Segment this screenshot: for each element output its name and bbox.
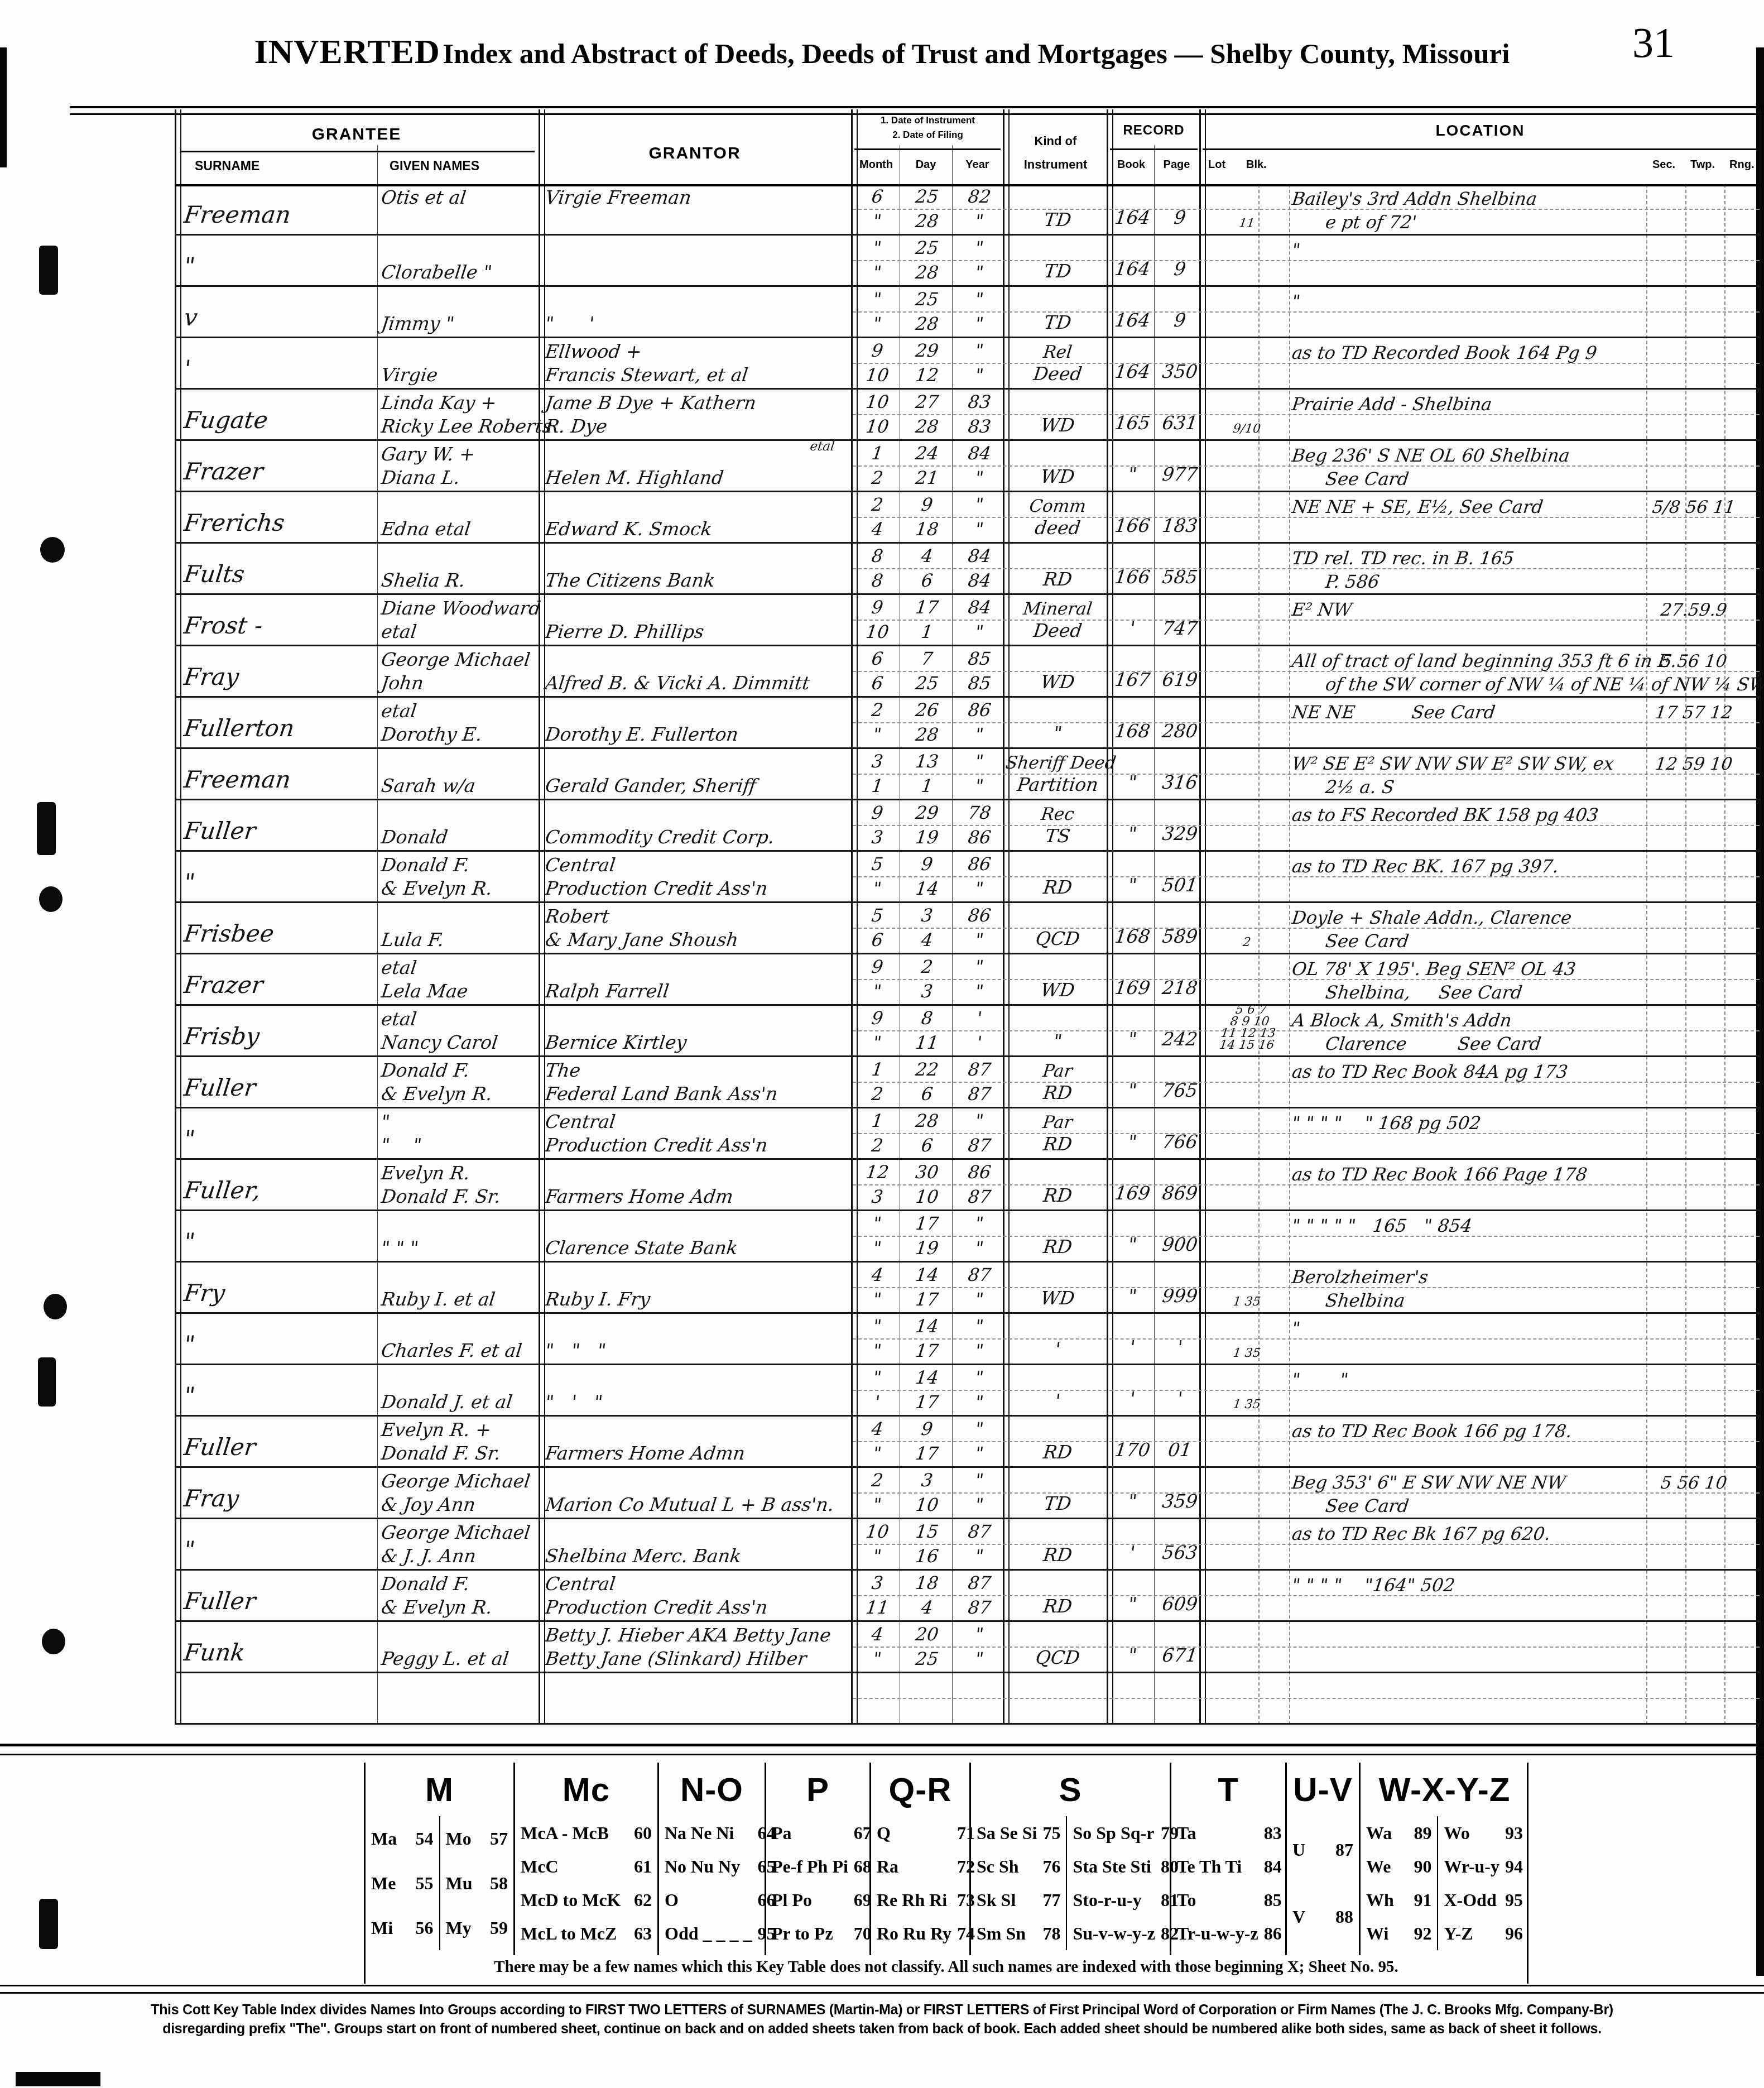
filing-year: " (952, 929, 1007, 951)
key-entry-sheet-number: 54 (416, 1828, 434, 1849)
cott-key-table: MMa54Me55Mi56Mo57Mu58My59 McMcA - McB60M… (364, 1763, 1529, 1984)
grantee-surname: Fuller (182, 1074, 257, 1101)
page-number: 31 (1632, 19, 1675, 68)
instrument-month: 2 (853, 494, 902, 515)
ledger-row: " " " " Clarence State Bank " 17 " " 19 … (175, 1211, 1761, 1263)
location-line1: E² NW (1291, 599, 1353, 620)
header-lot: Lot (1208, 159, 1225, 171)
key-group-mc: McMcA - McB60McC61McD to McK62McL to McZ… (513, 1763, 657, 1955)
filing-month: 6 (853, 929, 902, 951)
key-group-header: N-O (659, 1763, 765, 1816)
instrument-day: 15 (900, 1521, 955, 1542)
filing-year: " (952, 724, 1007, 745)
grantor-line2: Gerald Gander, Sheriff (544, 775, 757, 796)
key-entry: Me55 (371, 1873, 434, 1894)
filing-month: 2 (853, 467, 902, 488)
ledger-row: Frazer etal Lela Mae Ralph Farrell 9 2 "… (175, 954, 1761, 1006)
grantee-given-line2: & Evelyn R. (380, 1596, 493, 1618)
instrument-year: 82 (952, 186, 1007, 207)
key-entry-letters: Pl Po (772, 1890, 812, 1911)
key-entry: Wa89 (1366, 1823, 1431, 1844)
grantee-surname: " (182, 1536, 196, 1563)
key-entry-letters: X-Odd (1444, 1890, 1496, 1911)
filing-year: " (952, 981, 1007, 1002)
instrument-month: 6 (853, 648, 902, 669)
header-surname: SURNAME (195, 159, 259, 174)
filing-month: 3 (853, 827, 902, 848)
location-lot: 11 (1204, 218, 1290, 229)
instrument-month: 9 (853, 802, 902, 823)
kind-of-instrument-line1: Comm (1004, 496, 1111, 516)
key-entry-letters: Su-v-w-y-z (1073, 1923, 1155, 1944)
ledger-row: Fuller, Evelyn R. Donald F. Sr. Farmers … (175, 1160, 1761, 1211)
filing-year: " (952, 1391, 1007, 1413)
key-subcolumn: Wo93Wr-u-y94X-Odd95Y-Z96 (1437, 1816, 1529, 1950)
filing-year: " (952, 1648, 1007, 1669)
grantee-surname: " (182, 868, 196, 896)
header-grantee: GRANTEE (175, 125, 539, 144)
key-entry-sheet-number: 58 (490, 1873, 508, 1894)
key-group-t: TTa83Te Th Ti84To85Tr-u-w-y-z86 (1170, 1763, 1285, 1955)
kind-of-instrument-line2: RD (1004, 568, 1111, 590)
location-line2: Shelbina, See Card (1324, 982, 1523, 1003)
grantee-given-line2: Nancy Carol (380, 1031, 499, 1053)
filing-day: 14 (900, 878, 955, 899)
key-entry-letters: Sm Sn (977, 1923, 1026, 1944)
key-entry-sheet-number: 86 (1264, 1923, 1282, 1944)
title-inverted-label: INVERTED (254, 33, 440, 71)
key-entry: McD to McK62 (521, 1890, 652, 1911)
filing-day: 25 (900, 1648, 955, 1669)
filing-year: " (952, 775, 1007, 796)
filing-month: " (853, 1237, 902, 1259)
filing-day: 28 (900, 210, 955, 232)
grantee-surname: Fuller, (182, 1177, 262, 1204)
grantee-surname: Fray (182, 1485, 241, 1512)
ledger-row: Frisby etal Nancy Carol Bernice Kirtley … (175, 1006, 1761, 1057)
filing-month: 6 (853, 673, 902, 694)
instrument-month: 8 (853, 545, 902, 567)
key-subcolumn: Mo57Mu58My59 (439, 1816, 514, 1950)
instrument-day: 7 (900, 648, 955, 669)
kind-of-instrument-line1: Sheriff Deed (1004, 753, 1111, 773)
key-entry: Ma54 (371, 1828, 434, 1849)
kind-of-instrument-line2: RD (1004, 1441, 1111, 1463)
key-entry: Wh91 (1366, 1890, 1431, 1911)
key-group-header: T (1171, 1763, 1285, 1816)
instrument-month: " (853, 1367, 902, 1388)
location-line1: TD rel. TD rec. in B. 165 (1291, 548, 1515, 569)
instrument-year: " (952, 1213, 1007, 1234)
key-entry: No Nu Ny65 (665, 1856, 775, 1877)
filing-month: 11 (853, 1597, 902, 1618)
record-page: 183 (1154, 515, 1206, 536)
grantor-line2: Farmers Home Admn (544, 1442, 746, 1464)
ledger-row: Fults Shelia R. The Citizens Bank 8 4 84… (175, 544, 1761, 595)
key-entry-letters: Pr to Pz (772, 1923, 833, 1944)
location-line1: W² SE E² SW NW SW E² SW SW, ex (1291, 753, 1615, 774)
sec-twp-rng: 5/8 56 11 (1626, 497, 1762, 517)
grantor-line1: Betty J. Hieber AKA Betty Jane (544, 1624, 832, 1646)
key-group-m: MMa54Me55Mi56Mo57Mu58My59 (366, 1763, 513, 1955)
instrument-day: 30 (900, 1161, 955, 1183)
header-blk: Blk. (1246, 159, 1267, 171)
instrument-day: 25 (900, 186, 955, 207)
filing-day: 6 (900, 1135, 955, 1156)
filing-month: " (853, 1289, 902, 1310)
instrument-year: 86 (952, 699, 1007, 721)
grantor-line2: " " " (544, 1340, 607, 1361)
key-entry-letters: Sa Se Si (977, 1823, 1037, 1844)
key-entry-sheet-number: 96 (1505, 1923, 1523, 1944)
key-entry: Su-v-w-y-z82 (1073, 1923, 1179, 1944)
key-group-u-v: U-VU87V88 (1285, 1763, 1359, 1955)
grantor-line2: Alfred B. & Vicki A. Dimmitt (544, 672, 811, 694)
grantee-surname: " (182, 1382, 196, 1409)
grantee-surname: Fuller (182, 1433, 257, 1461)
location-line1: " (1291, 1318, 1301, 1339)
kind-of-instrument-line2: Deed (1004, 620, 1111, 641)
binder-hole (40, 537, 65, 563)
filing-month: " (853, 878, 902, 899)
binder-hole (44, 1294, 67, 1319)
binder-hole (39, 1899, 58, 1949)
key-entry-letters: Ra (877, 1856, 898, 1877)
header-location: LOCATION (1201, 122, 1760, 140)
grantor-line2: The Citizens Bank (544, 569, 716, 591)
grantee-given-line2: Donald F. Sr. (380, 1185, 502, 1207)
location-line1: Beg 236' S NE OL 60 Shelbina (1291, 445, 1571, 466)
ledger-row: " George Michael & J. J. Ann Shelbina Me… (175, 1519, 1761, 1571)
key-entry: Pa67 (772, 1823, 872, 1844)
header-kind-of: Kind of (1004, 134, 1107, 148)
record-book: 169 (1108, 1182, 1157, 1204)
filing-day: 12 (900, 364, 955, 386)
sec-twp-rng: 27.59.9 (1626, 600, 1762, 620)
key-entry-sheet-number: 85 (1264, 1890, 1282, 1911)
header-sec: Sec. (1652, 159, 1675, 171)
key-entry-letters: Re Rh Ri (877, 1890, 947, 1911)
record-page: 999 (1154, 1285, 1206, 1307)
location-line1: " (1291, 239, 1301, 261)
key-entry: Wo93 (1444, 1823, 1523, 1844)
filing-month: " (853, 210, 902, 232)
grantee-surname: Frazer (182, 458, 265, 485)
ledger-row: Freeman Sarah w/a Gerald Gander, Sheriff… (175, 749, 1761, 800)
location-lot: 5 6 7 8 9 10 11 12 13 14 15 16 (1204, 1004, 1294, 1051)
filing-year: 87 (952, 1597, 1007, 1618)
key-entry-letters: Na Ne Ni (665, 1823, 734, 1844)
key-entry-letters: Y-Z (1444, 1923, 1473, 1944)
sec-twp-rng: 5 56 10 (1626, 651, 1762, 671)
grantee-given-line1: George Michael (380, 1470, 531, 1492)
location-line2: Shelbina (1324, 1290, 1406, 1311)
filing-year: " (952, 1494, 1007, 1515)
grantee-given-line2: & J. J. Ann (380, 1545, 477, 1567)
key-entry-sheet-number: 78 (1042, 1923, 1060, 1944)
instrument-day: 2 (900, 956, 955, 977)
scanned-ledger-page: INVERTED Index and Abstract of Deeds, De… (0, 0, 1764, 2088)
grantee-surname: Fry (182, 1279, 227, 1307)
key-entry-letters: Sta Ste Sti (1073, 1856, 1151, 1877)
key-subcolumn: Na Ne Ni64No Nu Ny65O66Odd _ _ _ _95 (659, 1816, 781, 1950)
record-page: 977 (1154, 463, 1206, 485)
filing-day: 1 (900, 775, 955, 796)
instrument-year: " (952, 1316, 1007, 1337)
key-subcolumn: Pa67Pe-f Ph Pi68Pl Po69Pr to Pz70 (766, 1816, 877, 1950)
ledger-row: Funk Peggy L. et al Betty J. Hieber AKA … (175, 1622, 1761, 1673)
key-entry: Q71 (877, 1823, 975, 1844)
filing-day: 3 (900, 981, 955, 1002)
location-line1: " " " " " 165 " 854 (1291, 1215, 1473, 1236)
filing-day: 18 (900, 519, 955, 540)
instrument-year: ' (952, 1007, 1007, 1029)
grantee-surname: Fuller (182, 1587, 257, 1615)
record-page: 869 (1154, 1182, 1206, 1204)
grantee-given-line2: & Evelyn R. (380, 877, 493, 899)
key-entry-letters: U (1292, 1840, 1305, 1860)
header-date-of-instrument: 1. Date of Instrument (853, 115, 1003, 126)
filing-month: 4 (853, 519, 902, 540)
filing-day: 28 (900, 416, 955, 437)
grantor-line2: Pierre D. Phillips (544, 621, 705, 642)
ledger-row: Fugate Linda Kay + Ricky Lee Roberts Jam… (175, 390, 1761, 441)
location-line1: as to TD Rec Book 166 pg 178. (1291, 1420, 1573, 1442)
kind-of-instrument-line2: RD (1004, 1544, 1111, 1566)
kind-of-instrument-line1: Par (1004, 1061, 1111, 1081)
filing-day: 19 (900, 1237, 955, 1259)
key-entry-letters: McL to McZ (521, 1923, 617, 1944)
instrument-month: 10 (853, 391, 902, 412)
instrument-month: 4 (853, 1624, 902, 1645)
key-entry: McA - McB60 (521, 1823, 652, 1844)
grantee-given-line1: Diane Woodward (380, 597, 542, 619)
record-page: 609 (1154, 1593, 1206, 1615)
grantee-given-line1: Evelyn R. + (380, 1419, 492, 1441)
instrument-year: 87 (952, 1264, 1007, 1285)
record-book: 165 (1108, 412, 1157, 434)
grantee-given-line2: Diana L. (380, 467, 461, 488)
filing-day: 19 (900, 827, 955, 848)
ledger-row: Fuller Donald F. & Evelyn R. Central Pro… (175, 1571, 1761, 1622)
record-page: 329 (1154, 823, 1206, 844)
instrument-month: 9 (853, 597, 902, 618)
record-book: ' (1108, 1542, 1157, 1563)
location-line2: e pt of 72' (1324, 212, 1418, 233)
location-line2: See Card (1324, 1495, 1410, 1516)
grantee-given-line2: & Joy Ann (380, 1494, 477, 1515)
key-entry-letters: Ta (1177, 1823, 1196, 1844)
instrument-day: 9 (900, 494, 955, 515)
location-line2: See Card (1324, 468, 1410, 489)
header-grantor: GRANTOR (539, 144, 851, 163)
filing-month: " (853, 1494, 902, 1515)
record-book: ' (1108, 617, 1157, 639)
key-entry-letters: Q (877, 1823, 891, 1844)
key-entry-sheet-number: 83 (1264, 1823, 1282, 1844)
grantee-surname: Fults (182, 560, 246, 588)
key-entry: Sto-r-u-y81 (1073, 1890, 1179, 1911)
filing-year: 87 (952, 1135, 1007, 1156)
grantee-given-line2: Lula F. (380, 929, 445, 951)
instrument-day: 25 (900, 237, 955, 258)
instrument-month: 3 (853, 751, 902, 772)
filing-month: " (853, 1340, 902, 1361)
key-entry-sheet-number: 91 (1414, 1890, 1431, 1911)
record-book: 170 (1108, 1439, 1157, 1461)
key-entry-letters: Odd _ _ _ _ (665, 1923, 752, 1944)
record-page: 619 (1154, 669, 1206, 690)
kind-of-instrument-line2: TD (1004, 260, 1111, 282)
key-entry-letters: Wr-u-y (1444, 1856, 1499, 1877)
grantee-given-line1: etal (380, 957, 418, 978)
instrument-month: 6 (853, 186, 902, 207)
ledger-table: GRANTEE SURNAME GIVEN NAMES GRANTOR 1. D… (175, 109, 1761, 1725)
key-entry: Te Th Ti84 (1177, 1856, 1282, 1877)
grantee-surname: Fullerton (182, 714, 296, 742)
instrument-year: " (952, 1367, 1007, 1388)
grantor-line1: Ellwood + (544, 340, 643, 362)
record-book: " (1108, 823, 1157, 844)
key-group-q-r: Q-RQ71Ra72Re Rh Ri73Ro Ru Ry74 (869, 1763, 969, 1955)
filing-month: 8 (853, 570, 902, 591)
instrument-day: 14 (900, 1316, 955, 1337)
instrument-day: 28 (900, 1110, 955, 1131)
filing-year: " (952, 621, 1007, 642)
key-entry-sheet-number: 90 (1414, 1856, 1431, 1877)
instrument-month: 1 (853, 1110, 902, 1131)
grantor-line1: Central (544, 1111, 617, 1132)
key-group-header: Mc (515, 1763, 657, 1816)
kind-of-instrument-line2: WD (1004, 1287, 1111, 1309)
record-book: " (1108, 463, 1157, 485)
kind-of-instrument-line2: " (1004, 1030, 1111, 1052)
header-rule (1203, 148, 1758, 150)
instrument-day: 9 (900, 853, 955, 875)
key-entry-sheet-number: 62 (634, 1890, 652, 1911)
record-book: ' (1108, 1336, 1157, 1358)
fine-print-line2: disregarding prefix "The". Groups start … (0, 2019, 1764, 2038)
grantee-surname: " (182, 1125, 196, 1153)
key-group-header: M (366, 1763, 513, 1816)
filing-day: 28 (900, 262, 955, 283)
ledger-row: Frost - Diane Woodward etal Pierre D. Ph… (175, 595, 1761, 646)
key-entry-letters: So Sp Sq-r (1073, 1823, 1154, 1844)
record-page: 501 (1154, 874, 1206, 896)
key-entry-letters: V (1292, 1907, 1305, 1927)
key-entry: Odd _ _ _ _95 (665, 1923, 775, 1944)
instrument-year: " (952, 1470, 1007, 1491)
instrument-month: " (853, 289, 902, 310)
location-line2: P. 586 (1324, 571, 1381, 592)
record-page: 747 (1154, 617, 1206, 639)
kind-of-instrument-line2: TS (1004, 825, 1111, 847)
key-entry-sheet-number: 93 (1505, 1823, 1523, 1844)
key-entry-letters: Mo (446, 1828, 472, 1849)
filing-month: 2 (853, 1135, 902, 1156)
grantor-line1: The (544, 1059, 582, 1081)
filing-day: 6 (900, 570, 955, 591)
grantor-line2: Production Credit Ass'n (544, 1596, 769, 1618)
filing-year: 87 (952, 1186, 1007, 1207)
key-entry: Sm Sn78 (977, 1923, 1060, 1944)
record-page: 631 (1154, 412, 1206, 434)
kind-of-instrument-line2: TD (1004, 311, 1111, 333)
key-entry: Pr to Pz70 (772, 1923, 872, 1944)
grantee-given-line2: John (380, 672, 425, 694)
ledger-row: Fuller Donald Commodity Credit Corp. 9 2… (175, 800, 1761, 852)
instrument-year: " (952, 494, 1007, 515)
kind-of-instrument-line2: RD (1004, 1236, 1111, 1257)
grantee-given-line2: Donald (380, 826, 449, 848)
key-entry-sheet-number: 94 (1505, 1856, 1523, 1877)
grantor-line2: Commodity Credit Corp. (544, 826, 776, 848)
record-page: 563 (1154, 1542, 1206, 1563)
kind-of-instrument-line1: Rec (1004, 804, 1111, 824)
instrument-day: 3 (900, 1470, 955, 1491)
location-lot: 1 35 (1204, 1296, 1290, 1308)
key-entry-sheet-number: 76 (1042, 1856, 1060, 1877)
key-entry-sheet-number: 95 (1505, 1890, 1523, 1911)
filing-month: ' (853, 1391, 902, 1413)
ledger-row: " Donald F. & Evelyn R. Central Producti… (175, 852, 1761, 903)
key-entry: Sa Se Si75 (977, 1823, 1060, 1844)
key-entry: Sta Ste Sti80 (1073, 1856, 1179, 1877)
grantor-line2: & Mary Jane Shoush (544, 929, 739, 951)
instrument-year: 87 (952, 1572, 1007, 1593)
key-entry: To85 (1177, 1890, 1282, 1911)
binder-hole (39, 886, 63, 912)
kind-of-instrument-line2: WD (1004, 979, 1111, 1001)
filing-year: " (952, 210, 1007, 232)
grantee-given-line1: Linda Kay + (380, 392, 498, 414)
instrument-month: 4 (853, 1418, 902, 1439)
instrument-year: " (952, 1110, 1007, 1131)
key-entry-letters: Wi (1366, 1923, 1388, 1944)
record-page: 280 (1154, 720, 1206, 742)
key-group-p: PPa67Pe-f Ph Pi68Pl Po69Pr to Pz70 (765, 1763, 869, 1955)
key-entry-letters: Sto-r-u-y (1073, 1890, 1141, 1911)
filing-month: 1 (853, 775, 902, 796)
location-line1: Berolzheimer's (1291, 1266, 1429, 1288)
instrument-month: 1 (853, 443, 902, 464)
header-rule (1110, 148, 1198, 150)
instrument-day: 29 (900, 802, 955, 823)
instrument-month: 9 (853, 956, 902, 977)
kind-of-instrument-line2: WD (1004, 414, 1111, 436)
location-line1: Beg 353' 6" E SW NW NE NW (1291, 1472, 1567, 1493)
ledger-row: " Clorabelle " " 25 " " 28 " TD 164 9 " (175, 236, 1761, 287)
key-entry: So Sp Sq-r79 (1073, 1823, 1179, 1844)
ledger-row: Frerichs Edna etal Edward K. Smock 2 9 "… (175, 492, 1761, 544)
key-group-header: Q-R (871, 1763, 969, 1816)
key-entry-letters: Wh (1366, 1890, 1394, 1911)
filing-day: 28 (900, 313, 955, 334)
filing-month: 2 (853, 1083, 902, 1105)
key-entry-letters: O (665, 1890, 679, 1911)
record-book: ' (1108, 1388, 1157, 1409)
instrument-month: 2 (853, 1470, 902, 1491)
header-year: Year (952, 159, 1003, 171)
key-entry-letters: Mi (371, 1918, 393, 1938)
key-entry: Sc Sh76 (977, 1856, 1060, 1877)
grantee-surname: Fugate (182, 406, 270, 434)
instrument-month: " (853, 237, 902, 258)
instrument-day: 14 (900, 1264, 955, 1285)
record-book: 164 (1108, 258, 1157, 280)
filing-year: " (952, 467, 1007, 488)
grantee-given-line1: George Michael (380, 649, 531, 670)
